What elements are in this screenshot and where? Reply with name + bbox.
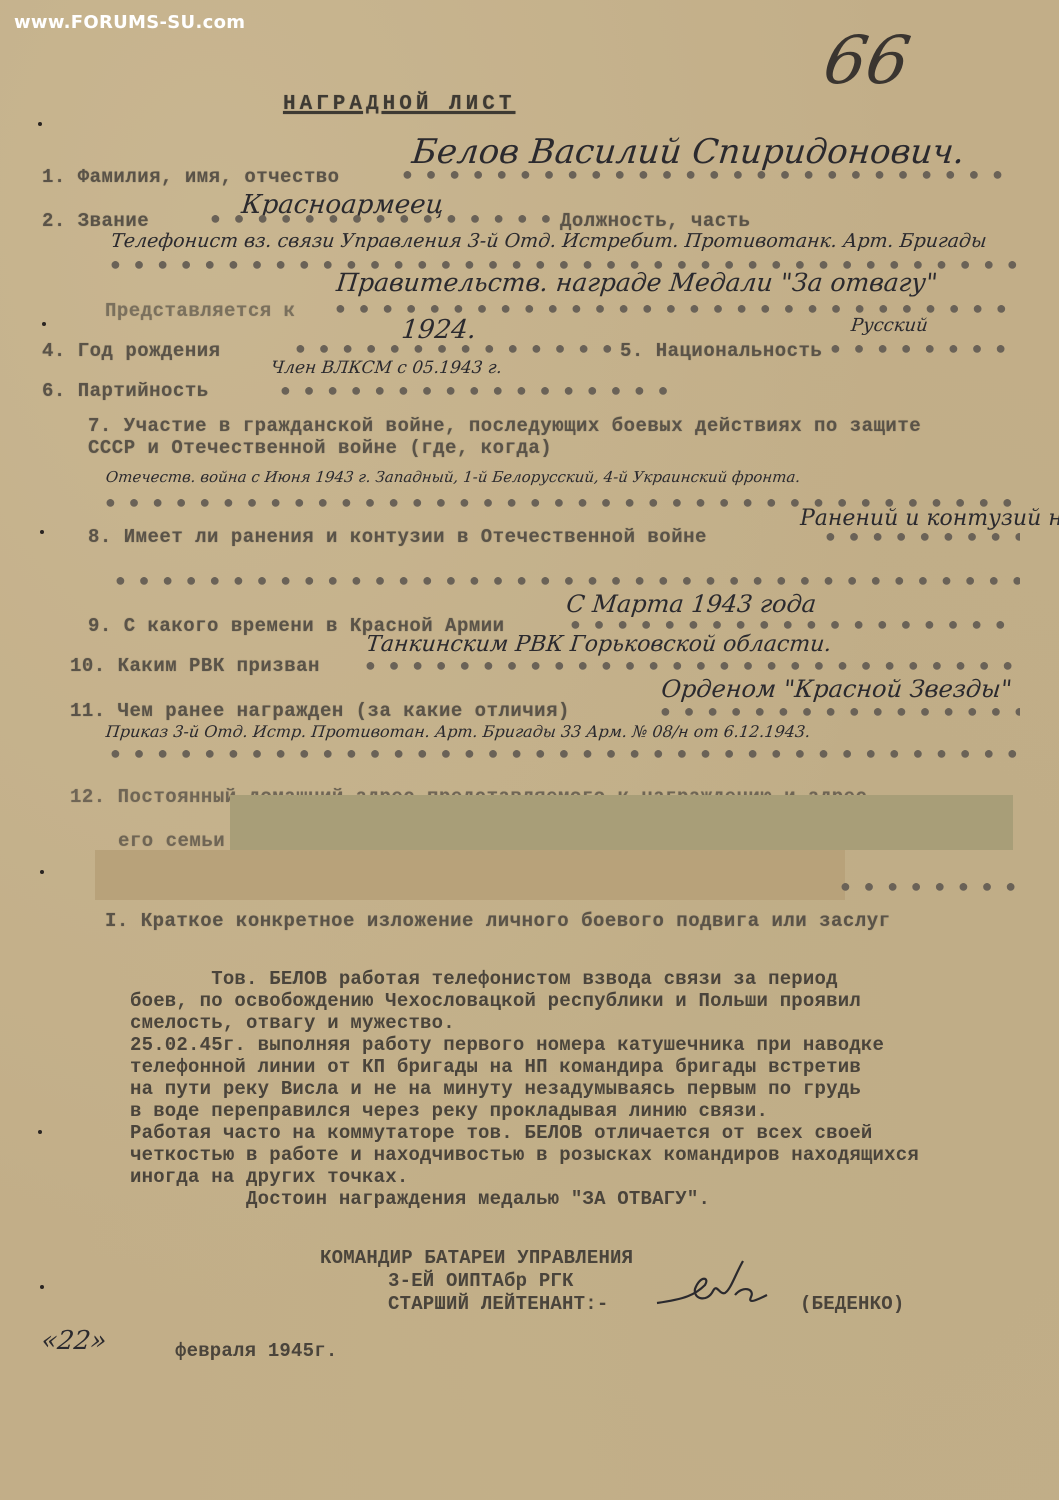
signer-title-line3: СТАРШИЙ ЛЕЙТЕНАНТ:- (388, 1293, 608, 1315)
dotted-line: ● ● ● ● ● ● ● ● ● ● ● ● ● (825, 528, 1020, 548)
pin-hole (38, 1130, 42, 1134)
dotted-line: ● ● ● ● ● ● ● ● ● ● ● ● ● ● ● ● ● ● ● ● … (660, 703, 1020, 723)
date-day: «22» (40, 1326, 108, 1356)
dotted-line: ● ● ● ● ● ● ● ● ● ● ● ● ● ● ● ● ● ● ● ● … (115, 572, 1020, 592)
pin-hole (38, 122, 42, 126)
field-4-label: 4. Год рождения (42, 340, 221, 362)
redaction-block (95, 850, 845, 900)
dotted-line: ● ● ● ● ● ● ● ● ● ● ● ● ● ● ● ● ● ● ● ● … (280, 382, 670, 402)
date-month-year: февраля 1945г. (175, 1340, 337, 1362)
field-11-value-line2: Приказ 3-й Отд. Истр. Противотан. Арт. Б… (105, 722, 811, 741)
narrative-line: иногда на других точках. (130, 1166, 919, 1188)
field-3-label: Представляется к (105, 300, 295, 322)
field-2-label-position: Должность, часть (560, 210, 750, 232)
narrative-line: Достоин награждения медалью "ЗА ОТВАГУ". (130, 1188, 919, 1210)
signature-icon (655, 1255, 795, 1315)
signer-title-line1: КОМАНДИР БАТАРЕИ УПРАВЛЕНИЯ (320, 1247, 633, 1269)
narrative-line: смелость, отвагу и мужество. (130, 1012, 919, 1034)
signer-name: (БЕДЕНКО) (800, 1293, 904, 1315)
narrative: Тов. БЕЛОВ работая телефонистом взвода с… (130, 968, 919, 1210)
narrative-line: телефонной линии от КП бригады на НП ком… (130, 1056, 919, 1078)
field-7-value: Отечеств. война с Июня 1943 г. Западный,… (105, 468, 801, 486)
page-number: 66 (818, 22, 916, 99)
pin-hole (40, 530, 44, 534)
field-7-label: 7. Участие в гражданской войне, последую… (88, 415, 968, 459)
narrative-line: боев, по освобождению Чехословацкой респ… (130, 990, 919, 1012)
field-11-value: Орденом "Красной Звезды" (660, 675, 1013, 703)
pin-hole (40, 1285, 44, 1289)
signer-title-line2: 3-ЕЙ ОИПТАбр РГК (388, 1270, 574, 1292)
field-2-label: 2. Звание (42, 210, 149, 232)
field-5-label: 5. Национальность (620, 340, 822, 362)
section-2-heading: I. Краткое конкретное изложение личного … (105, 910, 891, 932)
field-8-label: 8. Имеет ли ранения и контузии в Отечест… (88, 526, 707, 548)
field-10-label: 10. Каким РВК призван (70, 655, 320, 677)
narrative-line: в воде переправился через реку прокладыв… (130, 1100, 919, 1122)
narrative-line: четкостью в работе и находчивостью в роз… (130, 1144, 919, 1166)
field-6-label: 6. Партийность (42, 380, 209, 402)
narrative-line: Тов. БЕЛОВ работая телефонистом взвода с… (130, 968, 919, 990)
field-2-position-value: Телефонист вз. связи Управления 3-й Отд.… (110, 230, 988, 252)
narrative-line: на пути реку Висла и не на минуту незаду… (130, 1078, 919, 1100)
dotted-line: ● ● ● ● ● ● ● ● ● ● ● (840, 878, 1020, 898)
dotted-line: ● ● ● ● ● ● ● ● ● ● ● ● ● ● ● ● ● ● ● ● … (210, 210, 550, 230)
dotted-line: ● ● ● ● ● ● ● ● ● ● ● ● ● ● ● ● ● ● ● ● … (402, 166, 1017, 186)
dotted-line: ● ● ● ● ● ● ● ● ● ● ● ● ● ● ● ● ● ● ● ● … (365, 657, 1020, 677)
field-10-value: Танкинским РВК Горьковской области. (365, 632, 833, 657)
field-9-value: С Марта 1943 года (565, 590, 818, 618)
narrative-line: Работая часто на коммутаторе тов. БЕЛОВ … (130, 1122, 919, 1144)
field-6-value: Член ВЛКСМ с 05.1943 г. (270, 358, 503, 378)
site-watermark: www.FORUMS-SU.com (14, 12, 245, 33)
field-11-label: 11. Чем ранее награжден (за какие отличи… (70, 700, 570, 722)
pin-hole (42, 322, 46, 326)
document-title: НАГРАДНОЙ ЛИСТ (283, 93, 515, 116)
field-1-label: 1. Фамилия, имя, отчество (42, 166, 340, 188)
dotted-line: ● ● ● ● ● ● ● ● ● ● ● ● ● ● ● ● ● ● ● ● … (110, 745, 1020, 765)
pin-hole (40, 870, 44, 874)
dotted-line: ● ● ● ● ● ● ● ● ● ● ● ● ● ● ● ● ● ● ● ● … (295, 340, 615, 360)
narrative-line: 25.02.45г. выполняя работу первого номер… (130, 1034, 919, 1056)
field-12-label-line2: его семьи (118, 830, 225, 852)
redaction-block (230, 795, 1013, 850)
field-5-value: Русский (850, 315, 929, 336)
dotted-line: ● ● ● ● ● ● ● ● ● ● ● ● ● (830, 340, 1020, 360)
field-3-value: Правительств. награде Медали "За отвагу" (335, 268, 939, 297)
